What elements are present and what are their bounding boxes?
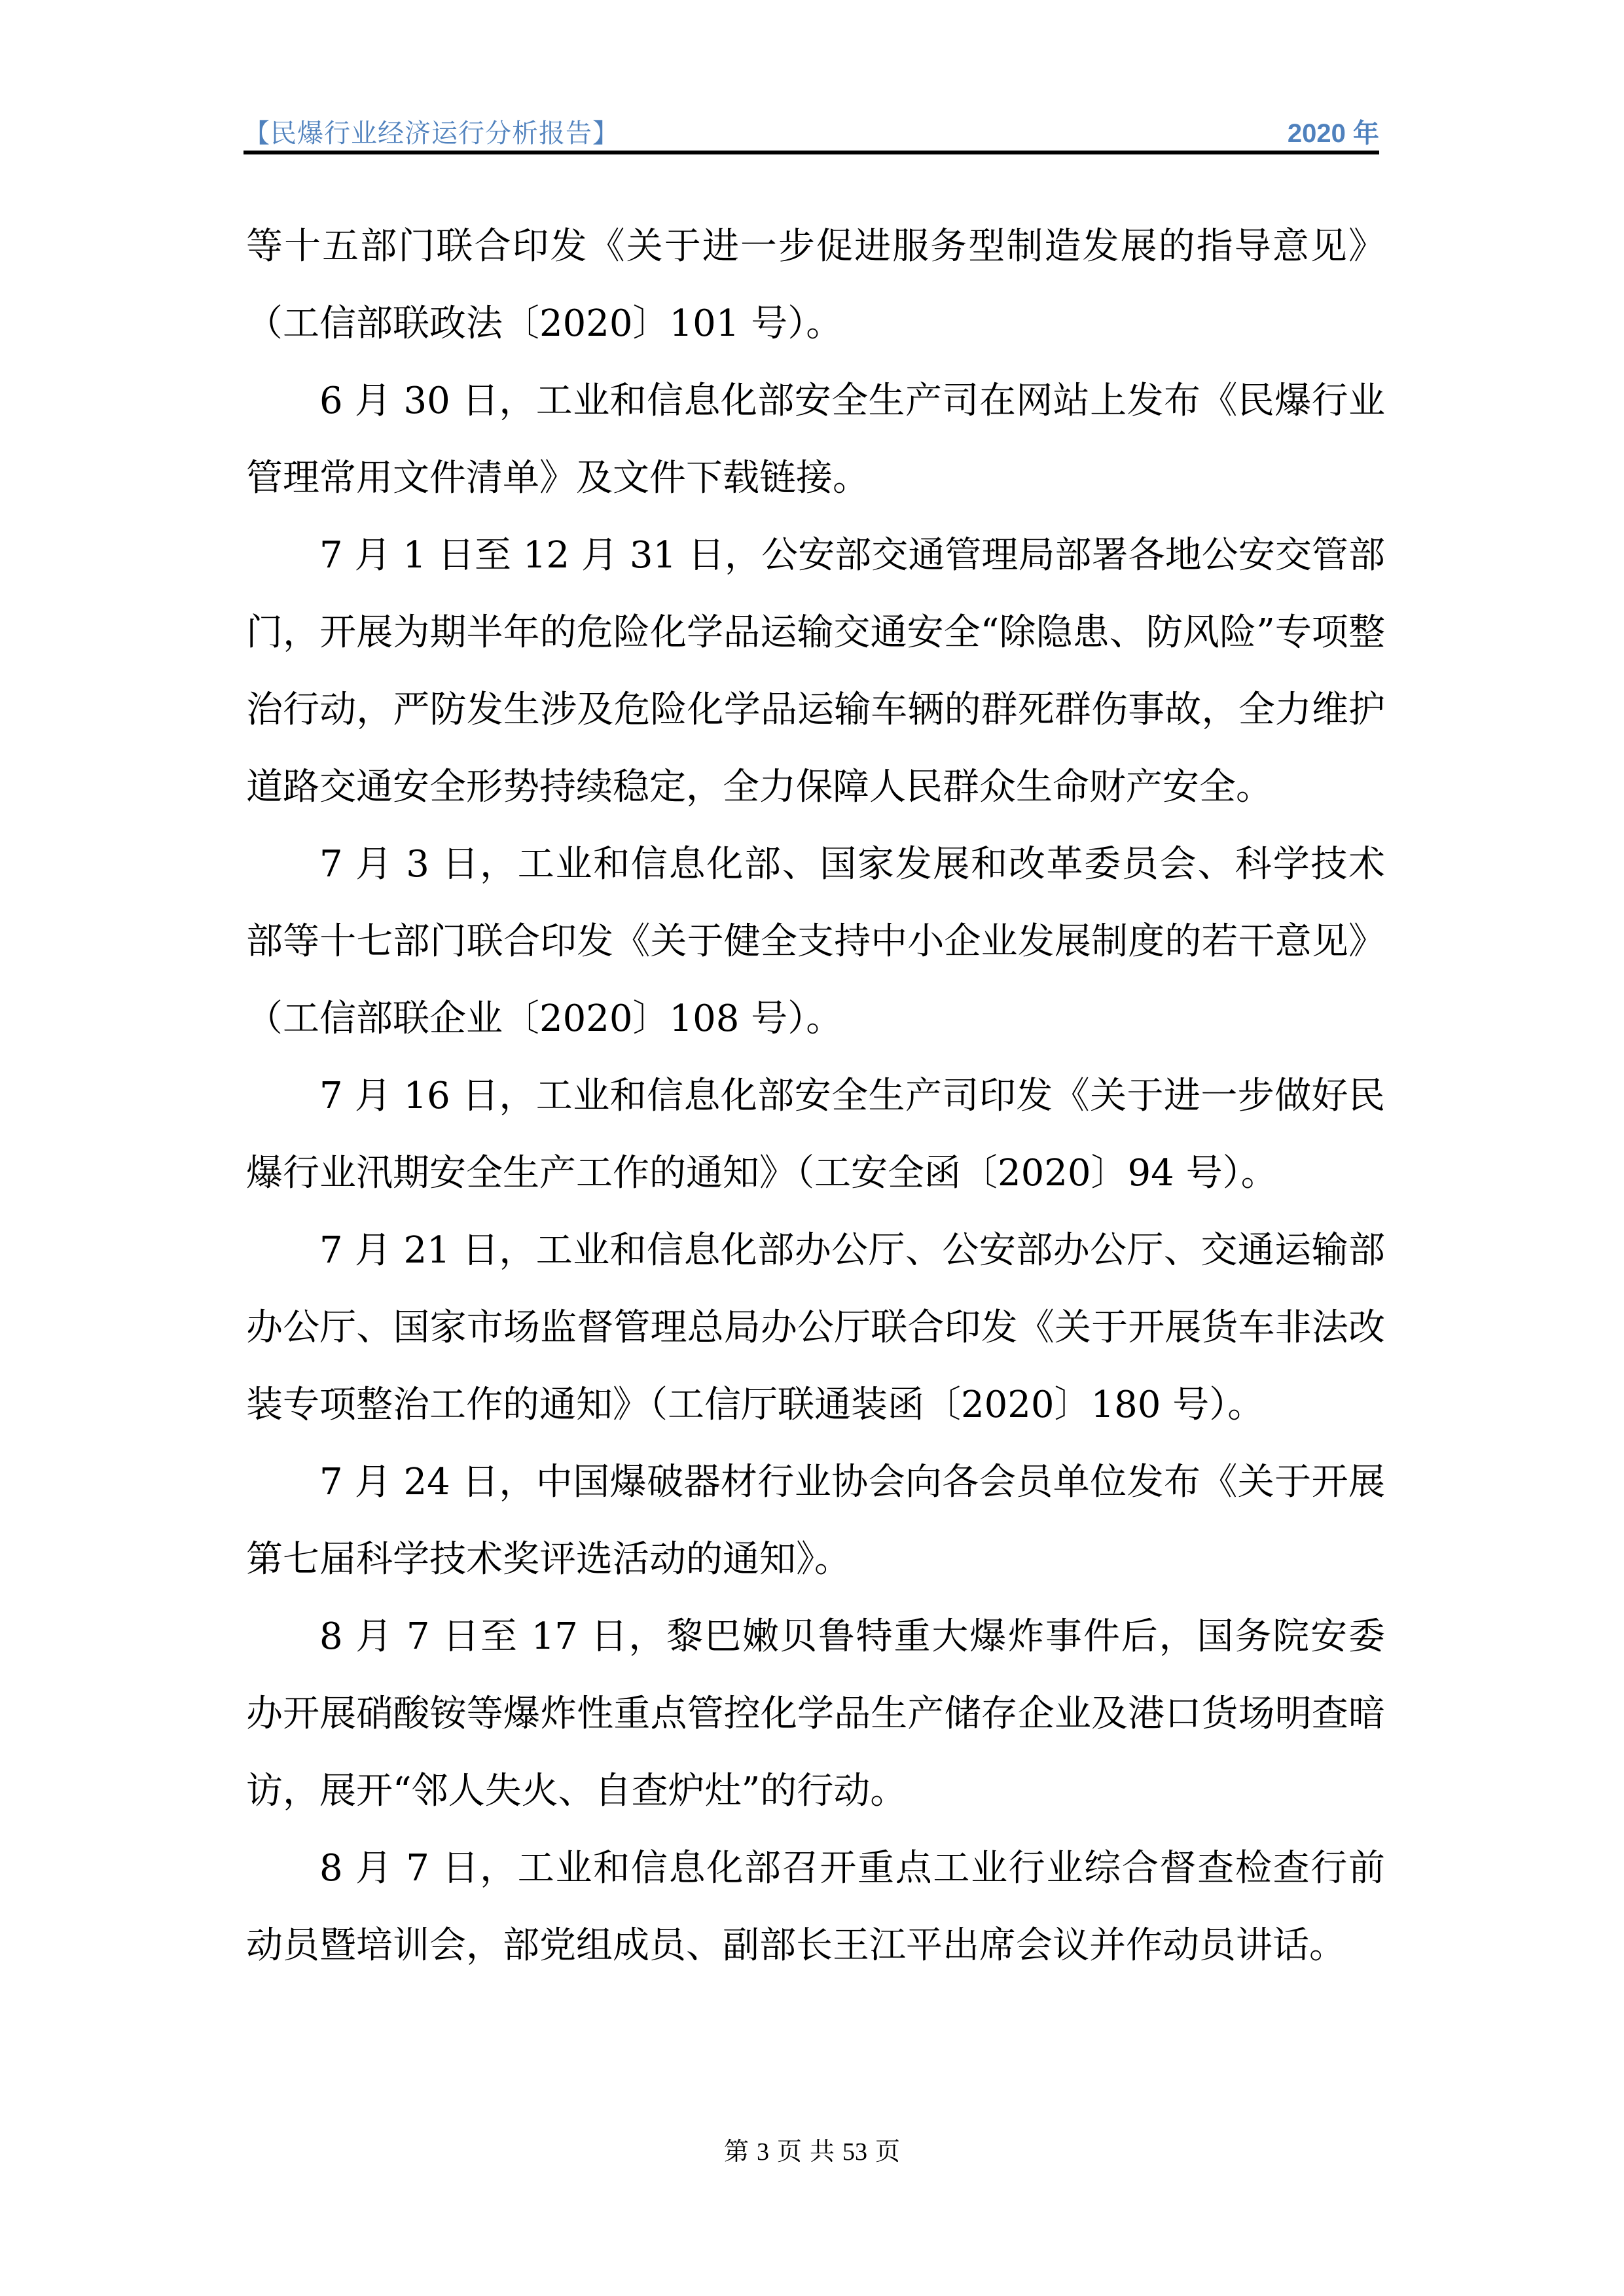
page-footer: 第3页共53页: [0, 2131, 1624, 2167]
footer-prefix: 第: [724, 2138, 749, 2166]
footer-total-prefix: 共: [810, 2138, 835, 2166]
paragraph: 6 月 30 日，工业和信息化部安全生产司在网站上发布《民爆行业管理常用文件清单…: [246, 363, 1385, 517]
footer-suffix: 页: [875, 2138, 900, 2166]
paragraph: 7 月 21 日，工业和信息化部办公厅、公安部办公厅、交通运输部办公厅、国家市场…: [246, 1212, 1385, 1444]
paragraph: 7 月 3 日，工业和信息化部、国家发展和改革委员会、科学技术部等十七部门联合印…: [246, 826, 1385, 1058]
paragraph: 7 月 24 日，中国爆破器材行业协会向各会员单位发布《关于开展第七届科学技术奖…: [246, 1444, 1385, 1598]
body-text: 等十五部门联合印发《关于进一步促进服务型制造发展的指导意见》（工信部联政法〔20…: [246, 208, 1385, 1984]
paragraph: 8 月 7 日，工业和信息化部召开重点工业行业综合督查检查行前动员暨培训会，部党…: [246, 1830, 1385, 1984]
report-year: 2020 年: [1288, 113, 1379, 150]
paragraph: 7 月 16 日，工业和信息化部安全生产司印发《关于进一步做好民爆行业汛期安全生…: [246, 1058, 1385, 1212]
paragraph: 7 月 1 日至 12 月 31 日，公安部交通管理局部署各地公安交管部门，开展…: [246, 517, 1385, 826]
footer-page-word: 页: [777, 2138, 802, 2166]
current-page-number: 3: [757, 2138, 769, 2166]
header-divider: [244, 151, 1379, 154]
document-page: 【民爆行业经济运行分析报告】 2020 年 等十五部门联合印发《关于进一步促进服…: [0, 0, 1624, 2296]
total-page-count: 53: [842, 2138, 867, 2166]
paragraph: 等十五部门联合印发《关于进一步促进服务型制造发展的指导意见》（工信部联政法〔20…: [246, 208, 1385, 363]
paragraph: 8 月 7 日至 17 日，黎巴嫩贝鲁特重大爆炸事件后，国务院安委办开展硝酸铵等…: [246, 1598, 1385, 1830]
report-title: 【民爆行业经济运行分析报告】: [244, 113, 619, 150]
page-header: 【民爆行业经济运行分析报告】 2020 年: [244, 113, 1379, 152]
